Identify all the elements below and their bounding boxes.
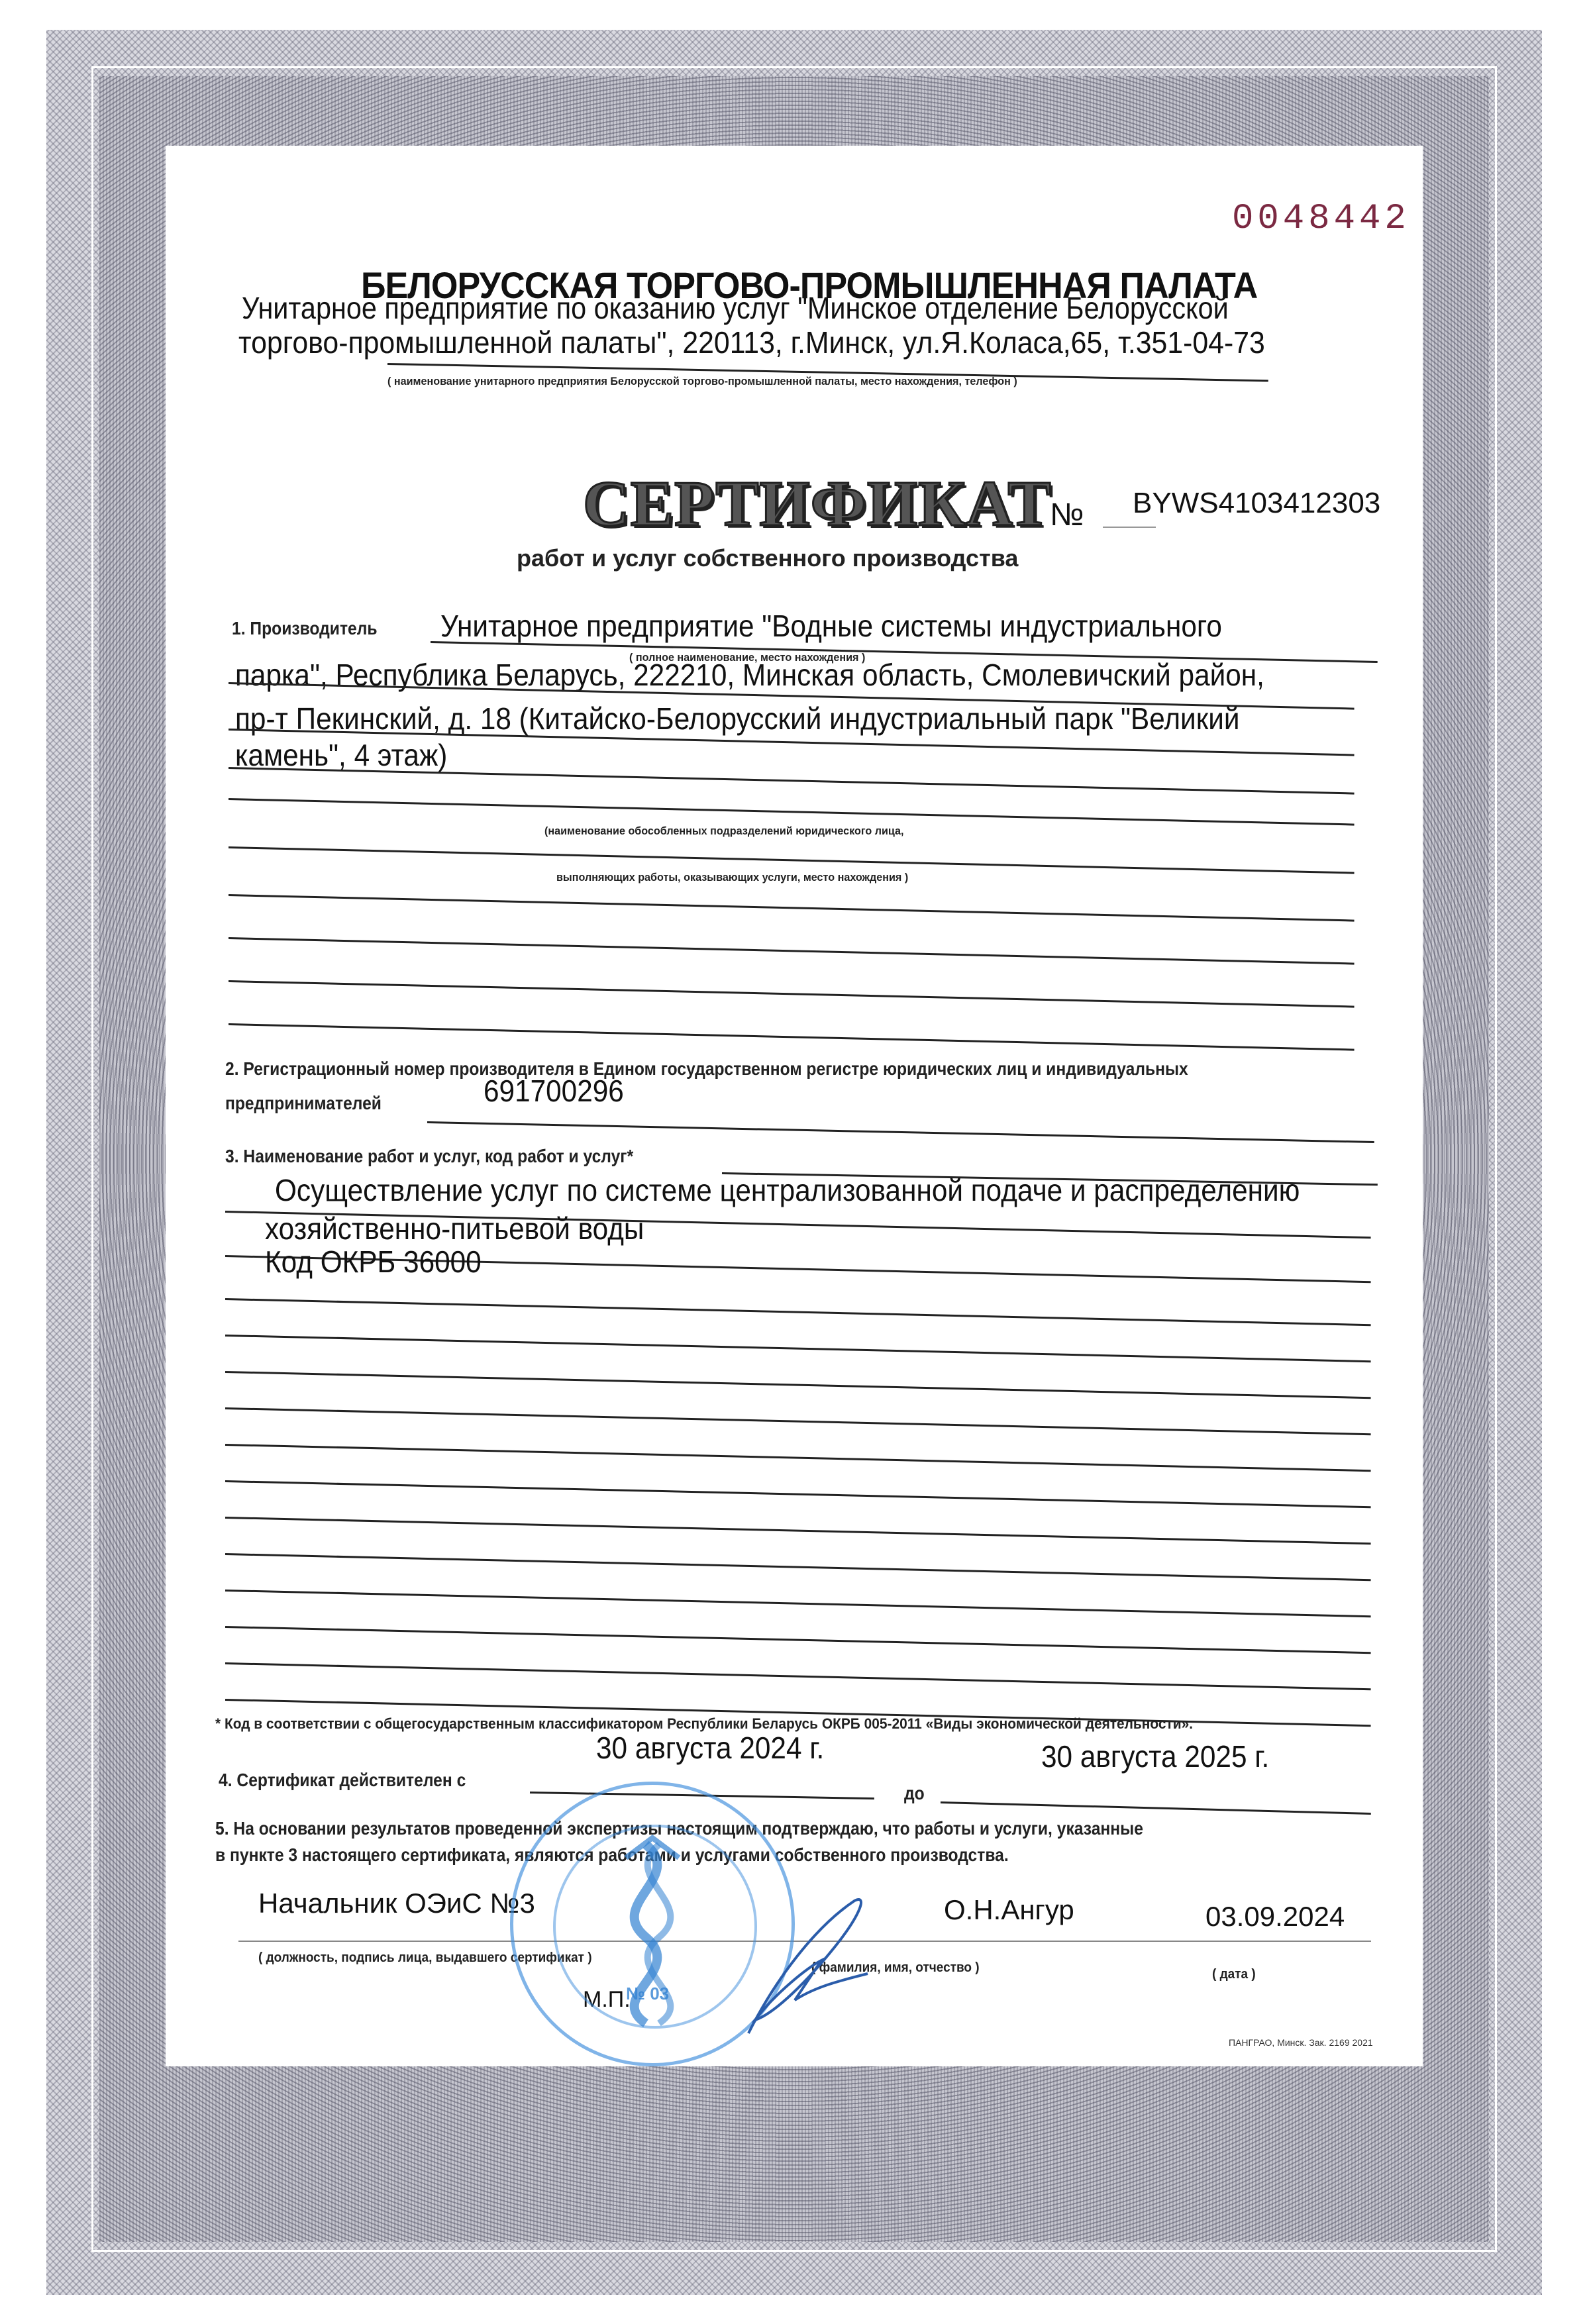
- serial-number: 0048442: [1232, 199, 1410, 239]
- handwritten-signature-icon: [735, 1888, 907, 2046]
- registration-number: 691700296: [484, 1073, 624, 1109]
- issuer-line-2: торгово-промышленной палаты", 220113, г.…: [238, 325, 1265, 360]
- signer-position: Начальник ОЭиС №3: [258, 1888, 535, 1919]
- certificate-number: BYWS4103412303: [1133, 487, 1380, 520]
- number-underline: [1103, 527, 1156, 528]
- issuer-hint: ( наименование унитарного предприятия Бе…: [387, 375, 1017, 388]
- services-line-1: Осуществление услуг по системе централиз…: [275, 1172, 1300, 1208]
- services-label: 3. Наименование работ и услуг, код работ…: [225, 1146, 633, 1167]
- printer-mark: ПАНГРАО, Минск. Зак. 2169 2021: [1229, 2037, 1373, 2048]
- registration-label: 2. Регистрационный номер производителя в…: [225, 1058, 1188, 1080]
- issuer-line-1: Унитарное предприятие по оказанию услуг …: [242, 290, 1229, 326]
- number-sign: №: [1050, 497, 1084, 533]
- certificate-subtitle: работ и услуг собственного производства: [517, 544, 1018, 572]
- producer-line-3: пр-т Пекинский, д. 18 (Китайско-Белорусс…: [235, 701, 1240, 736]
- services-line-2: хозяйственно-питьевой воды: [265, 1211, 644, 1246]
- stamp-number: № 03: [626, 1984, 669, 2004]
- date-hint: ( дата ): [1212, 1967, 1256, 1982]
- valid-from-date: 30 августа 2024 г.: [596, 1730, 824, 1766]
- branches-hint-2: выполняющих работы, оказывающих услуги, …: [556, 871, 908, 884]
- valid-to-date: 30 августа 2025 г.: [1041, 1739, 1269, 1774]
- valid-to-label: до: [904, 1783, 925, 1804]
- producer-label: 1. Производитель: [232, 618, 378, 639]
- producer-line-1: Унитарное предприятие "Водные системы ин…: [440, 608, 1222, 644]
- signer-name: О.Н.Ангур: [944, 1894, 1074, 1926]
- signature-date: 03.09.2024: [1205, 1901, 1345, 1933]
- services-line-3: Код ОКРБ 36000: [265, 1244, 482, 1280]
- branches-hint-1: (наименование обособленных подразделений…: [544, 825, 904, 838]
- registration-label-2: предпринимателей: [225, 1093, 382, 1114]
- certificate-title: СЕРТИФИКАТ: [583, 467, 1052, 541]
- validity-label: 4. Сертификат действителен с: [219, 1770, 466, 1791]
